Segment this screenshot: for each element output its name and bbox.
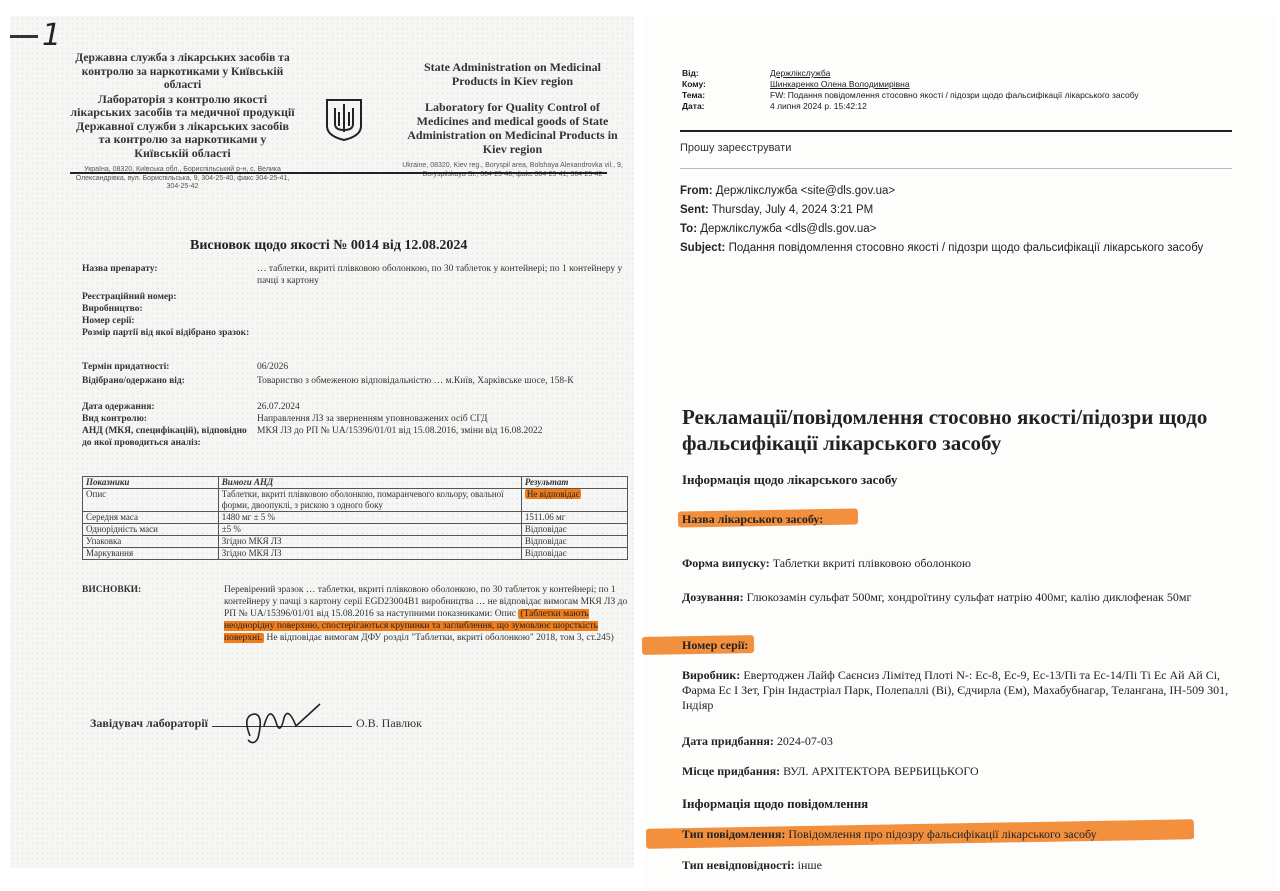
field-value bbox=[257, 328, 642, 340]
field-row: Назва препарату:… таблетки, вкриті плівк… bbox=[82, 264, 642, 287]
address-en: Ukraine, 08320, Kiev reg., Boryspil area… bbox=[400, 162, 625, 179]
cell-indicator: Упаковка bbox=[83, 536, 219, 548]
highlighted-result: Не відповідає bbox=[525, 489, 582, 499]
cell-result: 1511.06 мг bbox=[521, 512, 627, 524]
field-row: Відібрано/одержано від:Товариство з обме… bbox=[82, 376, 642, 388]
field-label: Дата одержання: bbox=[82, 402, 257, 414]
drug-name-row: Назва лікарського засобу: bbox=[682, 512, 1242, 527]
header-value[interactable]: Держлікслужба bbox=[770, 68, 830, 79]
conclusions-text: Перевірений зразок … таблетки, вкриті пл… bbox=[224, 584, 628, 644]
column-header: Вимоги АНД bbox=[218, 477, 521, 489]
cell-indicator: Однорідність маси bbox=[83, 524, 219, 536]
header-value: FW: Подання повідомлення стосовно якості… bbox=[770, 90, 1139, 101]
table-row: Середня маса1480 мг ± 5 %1511.06 мг bbox=[83, 512, 628, 524]
header-key: Дата: bbox=[682, 101, 770, 112]
purchase-place-row: Місце придбання: ВУЛ. АРХІТЕКТОРА ВЕРБИЦ… bbox=[682, 764, 1242, 779]
cell-result: Відповідає bbox=[521, 524, 627, 536]
field-label: Виробництво: bbox=[82, 304, 257, 316]
conclusions: ВИСНОВКИ: Перевірений зразок … таблетки,… bbox=[82, 584, 628, 644]
page-marker: 1 bbox=[10, 18, 61, 53]
table-row: УпаковкаЗгідно МКЯ ЛЗВідповідає bbox=[83, 536, 628, 548]
column-header: Показники bbox=[83, 477, 219, 489]
email-printout-document: Від:ДержлікслужбаКому:Шинкаренко Олена В… bbox=[646, 16, 1274, 891]
email-header-divider bbox=[680, 130, 1232, 132]
header-key: Тема: bbox=[682, 90, 770, 101]
from-value: Держлікслужба <site@dls.gov.ua> bbox=[716, 185, 895, 197]
cell-result: Не відповідає bbox=[521, 489, 627, 512]
table-row: Однорідність маси±5 %Відповідає bbox=[83, 524, 628, 536]
cell-requirement: Згідно МКЯ ЛЗ bbox=[218, 548, 521, 560]
subject-value: Подання повідомлення стосовно якості / п… bbox=[729, 242, 1204, 254]
signer-name: О.В. Павлюк bbox=[356, 716, 422, 730]
field-row: АНД (МКЯ, специфікацій), відповідно до я… bbox=[82, 426, 642, 449]
cell-indicator: Середня маса bbox=[83, 512, 219, 524]
header-ukrainian: Державна служба з лікарських засобів та … bbox=[70, 52, 295, 192]
field-label: Вид контролю: bbox=[82, 414, 257, 426]
forwarded-message-header: From: Держлікслужба <site@dls.gov.ua> Se… bbox=[680, 182, 1240, 258]
handwritten-signature bbox=[240, 696, 330, 756]
field-label: АНД (МКЯ, специфікацій), відповідно до я… bbox=[82, 426, 257, 449]
field-row: Виробництво: bbox=[82, 304, 642, 316]
field-value: 26.07.2024 bbox=[257, 402, 642, 414]
table-header-row: ПоказникиВимоги АНДРезультат bbox=[83, 477, 628, 489]
form-row: Форма випуску: Таблетки вкриті плівковою… bbox=[682, 556, 1242, 571]
cell-result: Відповідає bbox=[521, 536, 627, 548]
field-value: … таблетки, вкриті плівковою оболонкою, … bbox=[257, 264, 642, 287]
email-header: Від:ДержлікслужбаКому:Шинкаренко Олена В… bbox=[682, 68, 1139, 112]
table-row: ОписТаблетки, вкриті плівковою оболонкою… bbox=[83, 489, 628, 512]
signer-role: Завідувач лабораторії bbox=[90, 716, 208, 730]
conclusions-label: ВИСНОВКИ: bbox=[82, 584, 224, 644]
section-report-info: Інформація щодо повідомлення bbox=[682, 796, 868, 812]
email-header-row: Кому:Шинкаренко Олена Володимирівна bbox=[682, 79, 1139, 90]
field-label: Розмір партії від якої відібрано зразок: bbox=[82, 328, 257, 340]
sent-value: Thursday, July 4, 2024 3:21 PM bbox=[712, 204, 874, 216]
header-divider-en bbox=[302, 172, 607, 174]
cell-requirement: 1480 мг ± 5 % bbox=[218, 512, 521, 524]
header-value: 4 липня 2024 р. 15:42:12 bbox=[770, 101, 867, 112]
field-label: Термін придатності: bbox=[82, 362, 257, 374]
table-row: МаркуванняЗгідно МКЯ ЛЗВідповідає bbox=[83, 548, 628, 560]
forward-note: Прошу зареєструвати bbox=[680, 142, 791, 154]
field-value bbox=[257, 304, 642, 316]
quality-conclusion-document: 1 Державна служба з лікарських засобів т… bbox=[10, 16, 634, 868]
field-row: Дата одержання:26.07.2024 bbox=[82, 402, 642, 414]
cell-result: Відповідає bbox=[521, 548, 627, 560]
lab-name-ua: Лабораторія з контролю якості лікарських… bbox=[70, 93, 295, 161]
batch-row: Номер серії: bbox=[682, 638, 1242, 653]
email-header-row: Від:Держлікслужба bbox=[682, 68, 1139, 79]
field-row: Вид контролю:Направлення ЛЗ за звернення… bbox=[82, 414, 642, 426]
report-title: Рекламації/повідомлення стосовно якості/… bbox=[682, 404, 1242, 456]
purchase-date-row: Дата придбання: 2024-07-03 bbox=[682, 734, 1242, 749]
report-type-row: Тип повідомлення: Повідомлення про підоз… bbox=[682, 827, 1242, 842]
manufacturer-row: Виробник: Евертоджен Лайф Саєнсиз Ліміте… bbox=[682, 668, 1242, 713]
field-label: Назва препарату: bbox=[82, 264, 257, 287]
cell-requirement: Згідно МКЯ ЛЗ bbox=[218, 536, 521, 548]
field-label: Номер серії: bbox=[82, 316, 257, 328]
field-row: Реєстраційний номер: bbox=[82, 292, 642, 304]
header-divider-ua bbox=[70, 172, 302, 174]
field-label: Відібрано/одержано від: bbox=[82, 376, 257, 388]
cell-requirement: ±5 % bbox=[218, 524, 521, 536]
field-value bbox=[257, 316, 642, 328]
field-value: Товариство з обмеженою відповідальністю … bbox=[257, 376, 642, 388]
field-value bbox=[257, 292, 642, 304]
field-value: Направлення ЛЗ за зверненням уповноважен… bbox=[257, 414, 642, 426]
email-header-row: Тема:FW: Подання повідомлення стосовно я… bbox=[682, 90, 1139, 101]
field-value: 06/2026 bbox=[257, 362, 642, 374]
email-header-row: Дата:4 липня 2024 р. 15:42:12 bbox=[682, 101, 1139, 112]
service-name-ua: Державна служба з лікарських засобів та … bbox=[70, 52, 295, 93]
field-row: Розмір партії від якої відібрано зразок: bbox=[82, 328, 642, 340]
dosage-row: Дозування: Глюкозамін сульфат 500мг, хон… bbox=[682, 590, 1242, 605]
section-drug-info: Інформація щодо лікарського засобу bbox=[682, 472, 897, 488]
header-key: Кому: bbox=[682, 79, 770, 90]
address-ua: Україна, 08320, Київська обл., Бориспіль… bbox=[70, 166, 295, 192]
nonconformity-row: Тип невідповідності: інше bbox=[682, 858, 1242, 873]
field-value: МКЯ ЛЗ до РП № UA/15396/01/01 від 15.08.… bbox=[257, 426, 642, 449]
cell-indicator: Опис bbox=[83, 489, 219, 512]
service-name-en: State Administration on Medicinal Produc… bbox=[400, 60, 625, 88]
field-label: Реєстраційний номер: bbox=[82, 292, 257, 304]
lab-name-en: Laboratory for Quality Control of Medici… bbox=[400, 100, 625, 156]
header-value[interactable]: Шинкаренко Олена Володимирівна bbox=[770, 79, 910, 90]
header-english: State Administration on Medicinal Produc… bbox=[400, 60, 625, 179]
cell-requirement: Таблетки, вкриті плівковою оболонкою, по… bbox=[218, 489, 521, 512]
field-row: Номер серії: bbox=[82, 316, 642, 328]
field-row: Термін придатності:06/2026 bbox=[82, 362, 642, 374]
column-header: Результат bbox=[521, 477, 627, 489]
header-key: Від: bbox=[682, 68, 770, 79]
forward-divider bbox=[680, 168, 1232, 169]
document-title: Висновок щодо якості № 0014 від 12.08.20… bbox=[190, 238, 467, 254]
cell-indicator: Маркування bbox=[83, 548, 219, 560]
trident-coat-of-arms-icon bbox=[325, 98, 363, 142]
to-value: Держлікслужба <dls@dls.gov.ua> bbox=[700, 223, 876, 235]
results-table: ПоказникиВимоги АНДРезультатОписТаблетки… bbox=[82, 476, 628, 560]
